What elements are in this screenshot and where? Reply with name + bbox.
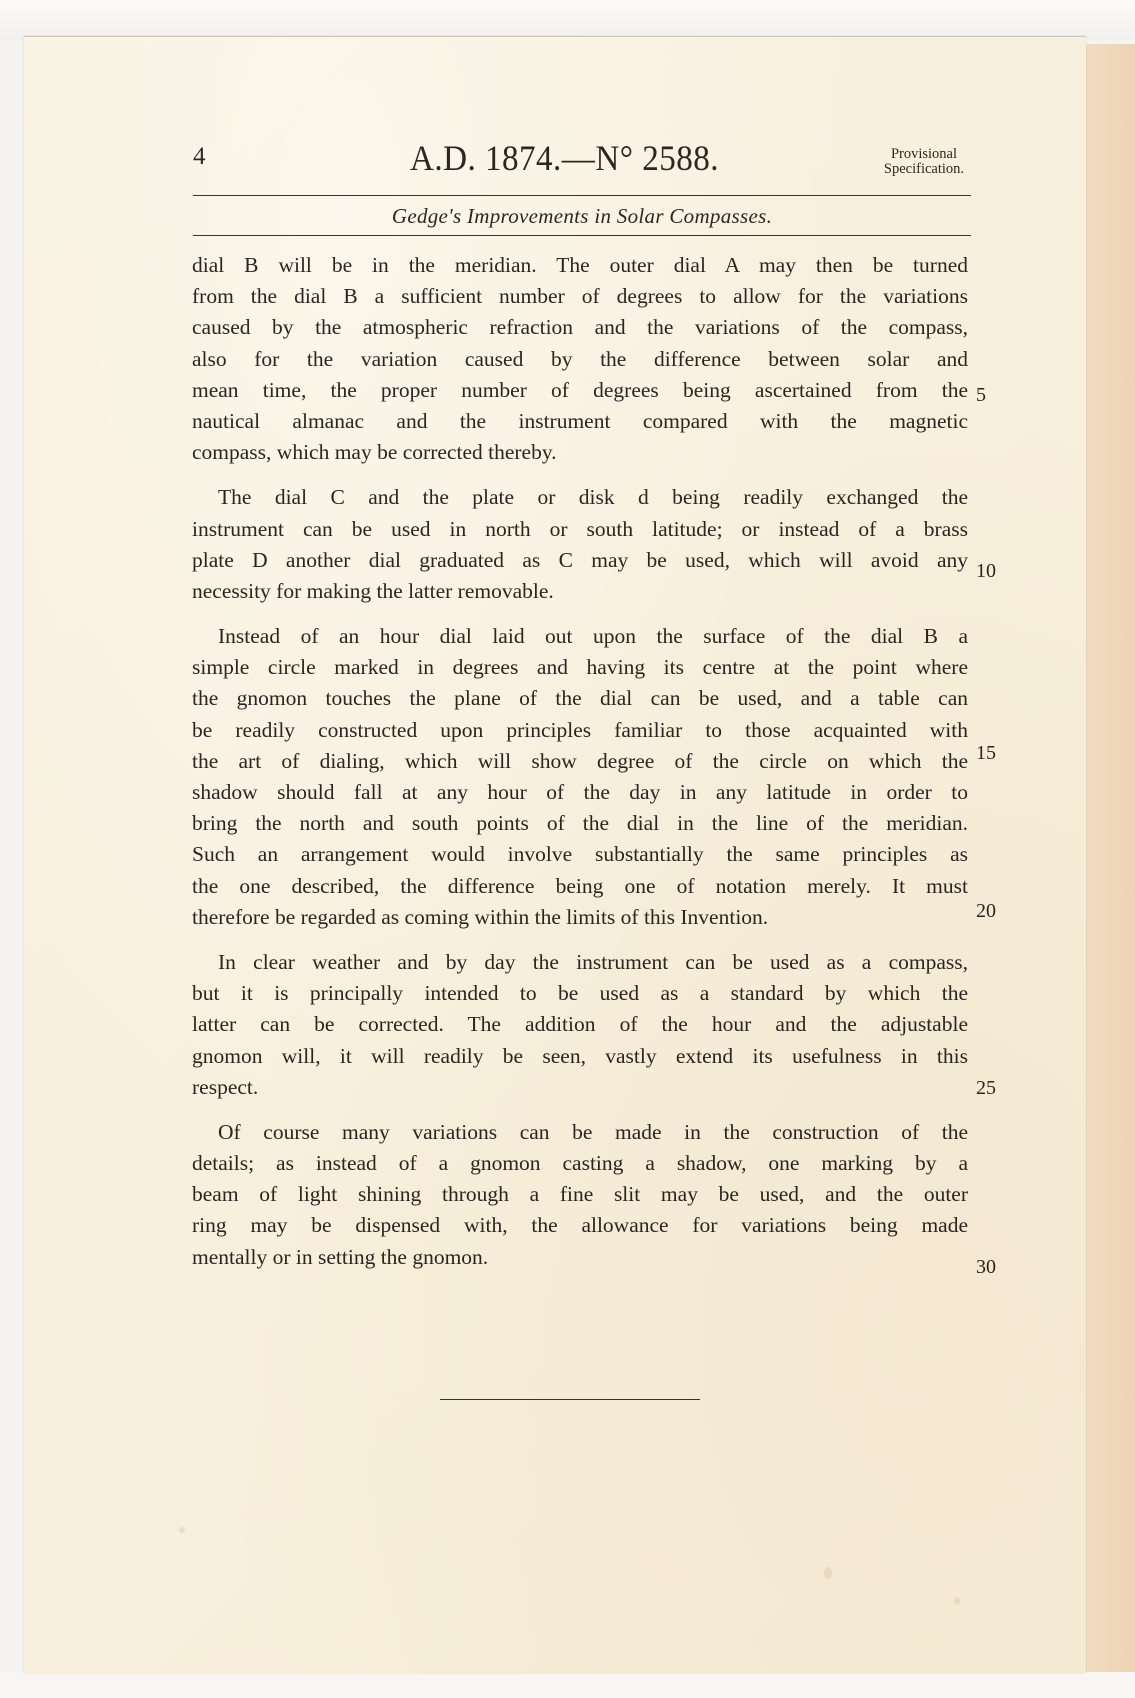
paragraph-1: dial B will be in the meridian. The oute…: [192, 250, 968, 468]
text-line: The dial C and the plate or disk d being…: [192, 482, 968, 513]
text-line: dial B will be in the meridian. The oute…: [192, 250, 968, 281]
header-rule-bottom: [193, 235, 971, 236]
text-line: the art of dialing, which will show degr…: [192, 746, 968, 777]
text-line: therefore be regarded as coming within t…: [192, 902, 968, 933]
text-line: Instead of an hour dial laid out upon th…: [192, 621, 968, 652]
text-line: mean time, the proper number of degrees …: [192, 375, 968, 406]
line-number-20: 20: [976, 900, 996, 923]
text-line: compass, which may be corrected thereby.: [192, 437, 968, 468]
text-line: necessity for making the latter removabl…: [192, 576, 968, 607]
spec-label-line-1: Provisional: [891, 146, 957, 162]
text-line: Of course many variations can be made in…: [192, 1117, 968, 1148]
line-number-15: 15: [976, 742, 996, 765]
text-line: nautical almanac and the instrument comp…: [192, 406, 968, 437]
text-line: bring the north and south points of the …: [192, 808, 968, 839]
text-line: Such an arrangement would involve substa…: [192, 839, 968, 870]
text-line: simple circle marked in degrees and havi…: [192, 652, 968, 683]
text-line: latter can be corrected. The addition of…: [192, 1009, 968, 1040]
text-line: instrument can be used in north or south…: [192, 514, 968, 545]
body-text: dial B will be in the meridian. The oute…: [192, 250, 968, 1287]
text-line: details; as instead of a gnomon casting …: [192, 1148, 968, 1179]
page-number: 4: [193, 143, 206, 171]
text-line: also for the variation caused by the dif…: [192, 344, 968, 375]
line-number-5: 5: [976, 384, 986, 407]
background-bottom: [0, 1672, 1135, 1698]
line-number-10: 10: [976, 560, 996, 583]
text-line: the gnomon touches the plane of the dial…: [192, 683, 968, 714]
text-line: mentally or in setting the gnomon.: [192, 1242, 968, 1273]
spec-label-line-2: Specification.: [884, 161, 964, 177]
text-line: gnomon will, it will readily be seen, va…: [192, 1041, 968, 1072]
text-line: but it is principally intended to be use…: [192, 978, 968, 1009]
text-line: beam of light shining through a fine sli…: [192, 1179, 968, 1210]
line-number-30: 30: [976, 1256, 996, 1279]
header-rule-top: [193, 195, 971, 196]
document-subtitle: Gedge's Improvements in Solar Compasses.: [193, 204, 971, 229]
paper-spot: [179, 1527, 185, 1533]
adjacent-page-edge: [1086, 44, 1135, 1674]
text-line: respect.: [192, 1072, 968, 1103]
paragraph-3: Instead of an hour dial laid out upon th…: [192, 621, 968, 933]
paper-spot: [954, 1597, 960, 1605]
paper-spot: [824, 1567, 832, 1579]
background-top: [0, 0, 1135, 40]
text-line: from the dial B a sufficient number of d…: [192, 281, 968, 312]
paragraph-4: In clear weather and by day the instrume…: [192, 947, 968, 1103]
text-line: shadow should fall at any hour of the da…: [192, 777, 968, 808]
text-line: the one described, the difference being …: [192, 871, 968, 902]
specification-label: Provisional Specification.: [870, 147, 978, 177]
paragraph-2: The dial C and the plate or disk d being…: [192, 482, 968, 607]
text-line: caused by the atmospheric refraction and…: [192, 312, 968, 343]
text-line: In clear weather and by day the instrume…: [192, 947, 968, 978]
patent-title: A.D. 1874.—N° 2588.: [410, 137, 719, 179]
line-number-25: 25: [976, 1077, 996, 1100]
text-line: plate D another dial graduated as C may …: [192, 545, 968, 576]
paragraph-5: Of course many variations can be made in…: [192, 1117, 968, 1273]
text-line: be readily constructed upon principles f…: [192, 715, 968, 746]
text-line: ring may be dispensed with, the allowanc…: [192, 1210, 968, 1241]
end-of-document-rule: [440, 1399, 700, 1400]
